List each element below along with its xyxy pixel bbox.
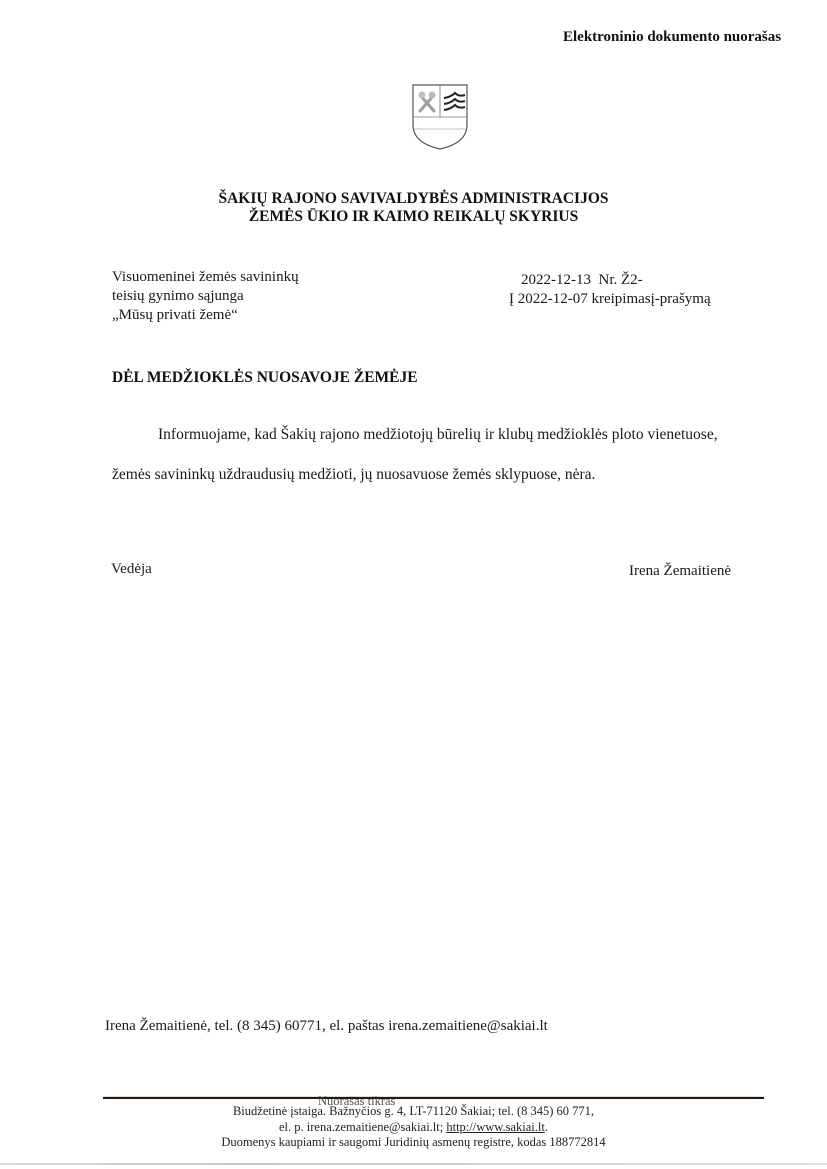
number-label: Nr.: [599, 272, 618, 288]
reference-line: Į 2022-12-07 kreipimasį-prašymą: [509, 290, 711, 309]
certified-copy-stamp: Nuorašas tikras: [318, 1094, 395, 1109]
footer-registry: Duomenys kaupiami ir saugomi Juridinių a…: [0, 1134, 827, 1150]
subject-heading: DĖL MEDŽIOKLĖS NUOSAVOJE ŽEMĖJE: [112, 369, 418, 387]
signatory-role: Vedėja: [111, 561, 152, 578]
electronic-copy-mark: Elektroninio dokumento nuorašas: [563, 29, 781, 46]
contact-info: Irena Žemaitienė, tel. (8 345) 60771, el…: [105, 1018, 548, 1035]
coat-of-arms-icon: [411, 83, 469, 151]
document-date: 2022-12-13: [521, 272, 591, 288]
institution-name: ŠAKIŲ RAJONO SAVIVALDYBĖS ADMINISTRACIJO…: [0, 189, 827, 209]
signatory-name: Irena Žemaitienė: [629, 563, 731, 580]
footer-email: el. p. irena.zemaitiene@sakiai.lt;: [279, 1120, 443, 1134]
addressee-line: Visuomeninei žemės savininkų: [112, 268, 299, 287]
body-text-line: žemės savininkų uždraudusių medžioti, jų…: [112, 466, 595, 484]
addressee-line: „Mūsų privati žemė“: [112, 306, 299, 325]
scan-edge-line: [0, 1163, 827, 1165]
body-text-line: Informuojame, kad Šakių rajono medžiotoj…: [158, 426, 718, 444]
footer-address: Biudžetinė įstaiga. Bažnyčios g. 4, LT-7…: [0, 1103, 827, 1119]
addressee-line: teisių gynimo sąjunga: [112, 287, 299, 306]
document-meta: 2022-12-13 Nr. Ž2- Į 2022-12-07 kreipima…: [509, 271, 711, 309]
footer-email-web: el. p. irena.zemaitiene@sakiai.lt; http:…: [0, 1119, 827, 1135]
document-number: Ž2-: [621, 272, 643, 288]
website-link[interactable]: http://www.sakiai.lt: [446, 1120, 545, 1134]
addressee-block: Visuomeninei žemės savininkų teisių gyni…: [112, 268, 299, 325]
date-number-line: 2022-12-13 Nr. Ž2-: [509, 271, 711, 290]
footer-divider: [103, 1097, 764, 1099]
department-name: ŽEMĖS ŪKIO IR KAIMO REIKALŲ SKYRIUS: [0, 207, 827, 227]
